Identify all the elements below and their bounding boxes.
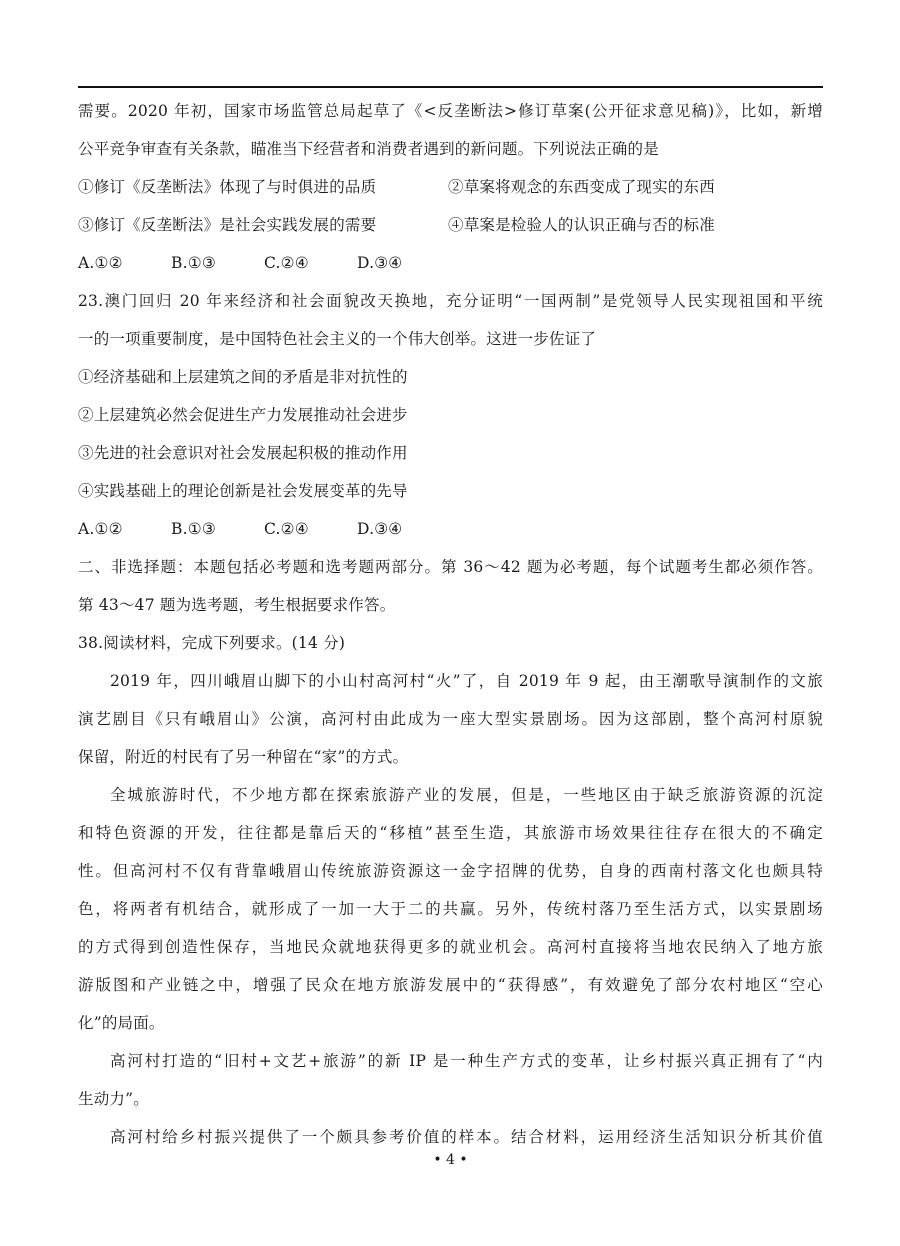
q22-stem-line-1: 需要。2020 年初，国家市场监管总局起草了《<反垄断法>修订草案(公开征求意见…: [78, 92, 823, 130]
q23-stem-line-1: 23.澳门回归 20 年来经济和社会面貌改天换地，充分证明“一国两制”是党领导人…: [78, 282, 823, 320]
page-number: • 4 •: [78, 1150, 823, 1170]
q23-option-4: ④实践基础上的理论创新是社会发展变革的先导: [78, 472, 408, 510]
section2-heading-line-1: 二、非选择题：本题包括必考题和选考题两部分。第 36～42 题为必考题，每个试题…: [78, 548, 823, 586]
q22-options-row-1: ①修订《反垄断法》体现了与时俱进的品质 ②草案将观念的东西变成了现实的东西: [78, 168, 715, 206]
q22-options-row-2: ③修订《反垄断法》是社会实践发展的需要 ④草案是检验人的认识正确与否的标准: [78, 206, 715, 244]
q23-choice-a: A.①②: [78, 510, 171, 548]
q38-para2-line-5: 的方式得到创造性保存，当地民众就地获得更多的就业机会。高河村直接将当地农民纳入了…: [78, 928, 823, 966]
q38-para2-line-4: 色，将两者有机结合，就形成了一加一大于二的共赢。另外，传统村落乃至生活方式，以实…: [78, 890, 823, 928]
q38-para2-line-6: 游版图和产业链之中，增强了民众在地方旅游发展中的“获得感”，有效避免了部分农村地…: [78, 966, 823, 1004]
q22-option-1: ①修订《反垄断法》体现了与时俱进的品质: [78, 168, 448, 206]
q38-para1-line-2: 演艺剧目《只有峨眉山》公演，高河村由此成为一座大型实景剧场。因为这部剧，整个高河…: [78, 700, 823, 738]
q23-choices: A.①② B.①③ C.②④ D.③④: [78, 510, 450, 548]
q38-para1-line-1: 2019 年，四川峨眉山脚下的小山村高河村“火”了，自 2019 年 9 起，由…: [78, 662, 823, 700]
q23-choice-c: C.②④: [264, 510, 357, 548]
q22-option-3: ③修订《反垄断法》是社会实践发展的需要: [78, 206, 448, 244]
header-rule: [78, 86, 823, 88]
q38-para1-line-3: 保留，附近的村民有了另一种留在“家”的方式。: [78, 738, 408, 776]
q22-option-2: ②草案将观念的东西变成了现实的东西: [448, 168, 715, 206]
q23-choice-b: B.①③: [171, 510, 264, 548]
q22-choice-d: D.③④: [357, 244, 450, 282]
q23-stem-line-2: 一的一项重要制度，是中国特色社会主义的一个伟大创举。这进一步佐证了: [78, 320, 596, 358]
q38-para3-line-1: 高河村打造的“旧村+文艺+旅游”的新 IP 是一种生产方式的变革，让乡村振兴真正…: [78, 1042, 823, 1080]
q38-para2-line-1: 全城旅游时代，不少地方都在探索旅游产业的发展，但是，一些地区由于缺乏旅游资源的沉…: [78, 776, 823, 814]
q22-option-4: ④草案是检验人的认识正确与否的标准: [448, 206, 715, 244]
q22-choices: A.①② B.①③ C.②④ D.③④: [78, 244, 450, 282]
q22-choice-b: B.①③: [171, 244, 264, 282]
q22-choice-c: C.②④: [264, 244, 357, 282]
section2-heading-line-2: 第 43～47 题为选考题，考生根据要求作答。: [78, 586, 395, 624]
q38-para2-line-2: 和特色资源的开发，往往都是靠后天的“移植”甚至生造，其旅游市场效果往往存在很大的…: [78, 814, 823, 852]
q38-para2-line-7: 化”的局面。: [78, 1004, 165, 1042]
q23-option-3: ③先进的社会意识对社会发展起积极的推动作用: [78, 434, 408, 472]
q23-choice-d: D.③④: [357, 510, 450, 548]
q22-choice-a: A.①②: [78, 244, 171, 282]
q38-para3-line-2: 生动力”。: [78, 1080, 149, 1118]
q22-stem-line-2: 公平竞争审查有关条款，瞄准当下经营者和消费者遇到的新问题。下列说法正确的是: [78, 130, 659, 168]
q23-option-2: ②上层建筑必然会促进生产力发展推动社会进步: [78, 396, 408, 434]
q38-para2-line-3: 性。但高河村不仅有背靠峨眉山传统旅游资源这一金字招牌的优势，自身的西南村落文化也…: [78, 852, 823, 890]
q23-option-1: ①经济基础和上层建筑之间的矛盾是非对抗性的: [78, 358, 408, 396]
q38-title: 38.阅读材料，完成下列要求。(14 分): [78, 624, 345, 662]
